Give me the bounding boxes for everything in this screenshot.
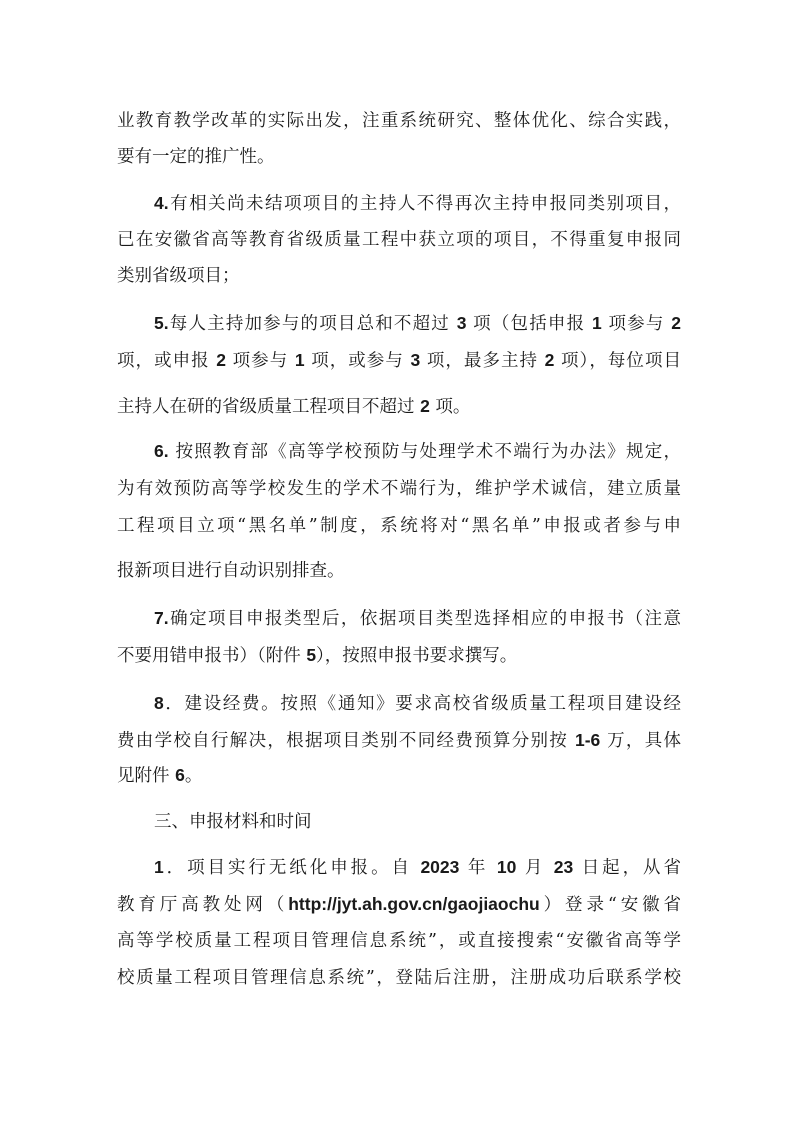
text-line: 已在安徽省高等教育省级质量工程中获立项的项目，不得重复申报同: [117, 228, 681, 252]
text: 万，具体: [600, 731, 681, 751]
text-line: 高等学校质量工程项目管理信息系统”，或直接搜索“安徽省高等学: [117, 929, 681, 953]
text-line: 要有一定的推广性。: [117, 145, 681, 169]
number-value: 2: [420, 396, 430, 416]
number-value: 3: [457, 313, 467, 333]
text: 项，或申报: [117, 351, 216, 371]
text-line: 类别省级项目；: [117, 264, 681, 288]
item-number: 4.: [154, 193, 169, 213]
text-line: 报新项目进行自动识别排查。: [117, 559, 681, 583]
text-line: 业教育教学改革的实际出发，注重系统研究、整体优化、综合实践，: [117, 109, 681, 133]
item-5-line-2: 项，或申报 2 项参与 1 项，或参与 3 项，最多主持 2 项），每位项目: [117, 348, 681, 372]
text-line: 校质量工程项目管理信息系统”，登陆后注册，注册成功后联系学校: [117, 966, 681, 990]
number-value: 2: [216, 350, 226, 370]
item-number: 6.: [154, 441, 169, 461]
year: 2023: [420, 857, 459, 877]
text: 有相关尚未结项项目的主持人不得再次主持申报同类别项目，: [169, 194, 681, 214]
text: ．建设经费。按照《通知》要求高校省级质量工程项目建设经: [164, 694, 681, 714]
item-number: 1: [154, 857, 164, 877]
attachment-number: 5: [306, 645, 316, 665]
item-number: 8: [154, 693, 164, 713]
text: 月: [516, 858, 553, 878]
attachment-number: 6: [175, 765, 185, 785]
text: ）登录“安徽省: [540, 895, 681, 915]
text: 项参与: [602, 314, 672, 334]
text: 项），每位项目: [554, 351, 681, 371]
text: 确定项目申报类型后，依据项目类型选择相应的申报书（注意: [169, 609, 681, 629]
text: 年: [459, 858, 496, 878]
text: ），按照申报书要求撰写。: [316, 646, 517, 666]
text: 按照教育部《高等学校预防与处理学术不端行为办法》规定，: [169, 442, 681, 462]
number-value: 2: [545, 350, 555, 370]
section3-item-1-line-1: 1．项目实行无纸化申报。自 2023 年 10 月 23 日起，从省: [154, 855, 681, 879]
text: 每人主持加参与的项目总和不超过: [169, 314, 457, 334]
document-page: 业教育教学改革的实际出发，注重系统研究、整体优化、综合实践， 要有一定的推广性。…: [0, 0, 793, 1122]
text: 项（包括申报: [466, 314, 592, 334]
text: ．项目实行无纸化申报。自: [164, 858, 421, 878]
text: 项，或参与: [305, 351, 411, 371]
item-7-line-1: 7.确定项目申报类型后，依据项目类型选择相应的申报书（注意: [154, 606, 681, 630]
item-4-line-1: 4.有相关尚未结项项目的主持人不得再次主持申报同类别项目，: [154, 191, 681, 215]
item-6-line-1: 6. 按照教育部《高等学校预防与处理学术不端行为办法》规定，: [154, 439, 681, 463]
number-value: 1: [592, 313, 602, 333]
text: 项。: [430, 397, 471, 417]
text: 见附件: [117, 766, 175, 786]
text: 主持人在研的省级质量工程项目不超过: [117, 397, 420, 417]
section-heading: 三、申报材料和时间: [154, 810, 681, 834]
text-line: 工程项目立项“黑名单”制度，系统将对“黑名单”申报或者参与申: [117, 514, 681, 538]
text-line: 为有效预防高等学校发生的学术不端行为，维护学术诚信，建立质量: [117, 477, 681, 501]
item-number: 5.: [154, 313, 169, 333]
item-8-line-1: 8．建设经费。按照《通知》要求高校省级质量工程项目建设经: [154, 691, 681, 715]
text: 项，最多主持: [420, 351, 544, 371]
item-number: 7.: [154, 608, 169, 628]
number-value: 3: [411, 350, 421, 370]
text: 项参与: [226, 351, 295, 371]
item-5-line-3: 主持人在研的省级质量工程项目不超过 2 项。: [117, 394, 681, 418]
section3-item-1-line-2: 教育厅高教处网（http://jyt.ah.gov.cn/gaojiaochu）…: [117, 892, 681, 916]
item-7-line-2: 不要用错申报书）（附件 5），按照申报书要求撰写。: [117, 643, 681, 667]
day: 23: [554, 857, 573, 877]
text: 日起，从省: [573, 858, 681, 878]
number-value: 1: [295, 350, 305, 370]
item-5-line-1: 5.每人主持加参与的项目总和不超过 3 项（包括申报 1 项参与 2: [154, 311, 681, 335]
item-8-line-3: 见附件 6。: [117, 763, 681, 787]
item-8-line-2: 费由学校自行解决，根据项目类别不同经费预算分别按 1-6 万，具体: [117, 728, 681, 752]
number-value: 2: [671, 313, 681, 333]
text: 教育厅高教处网（: [117, 895, 288, 915]
website-url: http://jyt.ah.gov.cn/gaojiaochu: [288, 894, 540, 914]
text: 。: [185, 766, 203, 786]
text: 不要用错申报书）（附件: [117, 646, 306, 666]
text: 费由学校自行解决，根据项目类别不同经费预算分别按: [117, 731, 575, 751]
month: 10: [497, 857, 516, 877]
budget-range: 1-6: [575, 730, 600, 750]
